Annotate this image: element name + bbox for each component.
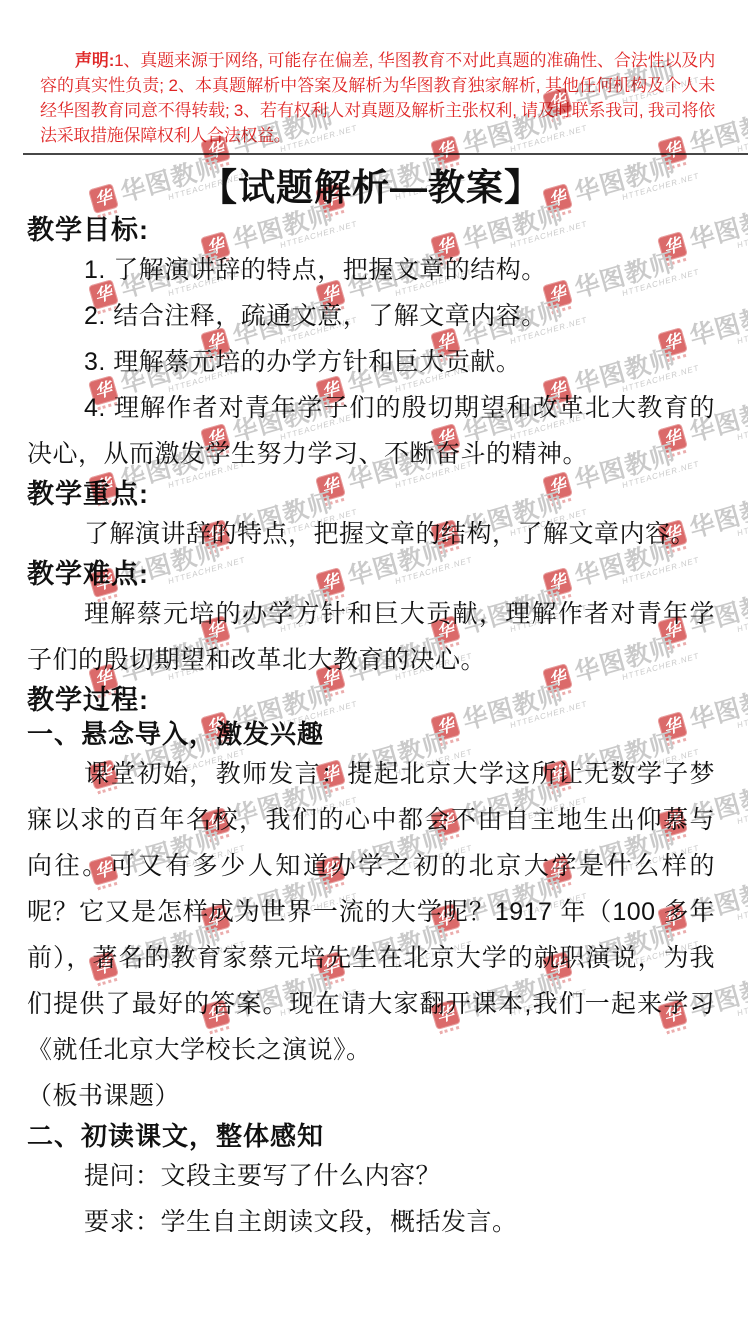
- process-part2-line-2: 要求：学生自主朗读文段，概括发言。: [27, 1199, 715, 1245]
- process-part2-title: 二、初读课文，整体感知: [27, 1119, 715, 1153]
- disclaimer-label: 声明:: [75, 51, 114, 70]
- objective-item-1: 1. 了解演讲辞的特点，把握文章的结构。: [27, 247, 715, 293]
- process-part1-note: （板书课题）: [27, 1073, 715, 1119]
- objective-item-2: 2. 结合注释，疏通文意，了解文章内容。: [27, 293, 715, 339]
- disclaimer-text: 声明:1、真题来源于网络, 可能存在偏差, 华图教育不对此真题的准确性、合法性以…: [40, 48, 715, 148]
- process-part2-line-1: 提问：文段主要写了什么内容？: [27, 1153, 715, 1199]
- page-title: 【试题解析—教案】: [27, 163, 715, 213]
- objective-item-4: 4. 理解作者对青年学子们的殷切期望和改革北大教育的决心，从而激发学生努力学习、…: [27, 385, 715, 477]
- heading-process: 教学过程:: [27, 683, 715, 717]
- document-body: 声明:1、真题来源于网络, 可能存在偏差, 华图教育不对此真题的准确性、合法性以…: [0, 0, 748, 1245]
- objective-item-3: 3. 理解蔡元培的办学方针和巨大贡献。: [27, 339, 715, 385]
- heading-objectives: 教学目标:: [27, 213, 715, 247]
- disclaimer-content: 1、真题来源于网络, 可能存在偏差, 华图教育不对此真题的准确性、合法性以及内容…: [40, 51, 715, 145]
- heading-difficulties: 教学难点:: [27, 557, 715, 591]
- heading-key-points: 教学重点:: [27, 477, 715, 511]
- divider-rule: [23, 153, 748, 155]
- document-page: 华华图教师HTTEACHER.NET华华图教师HTTEACHER.NET华华图教…: [0, 0, 748, 1335]
- key-points-text: 了解演讲辞的特点，把握文章的结构，了解文章内容。: [27, 511, 715, 557]
- difficulties-text: 理解蔡元培的办学方针和巨大贡献，理解作者对青年学子们的殷切期望和改革北大教育的决…: [27, 591, 715, 683]
- process-part1-text: 课堂初始，教师发言：提起北京大学这所让无数学子梦寐以求的百年名校，我们的心中都会…: [27, 751, 715, 1073]
- process-part1-title: 一、悬念导入，激发兴趣: [27, 717, 715, 751]
